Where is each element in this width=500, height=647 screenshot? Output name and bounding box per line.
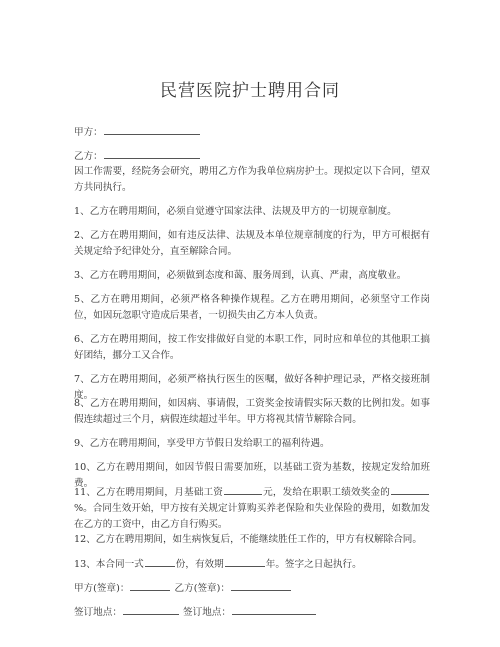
validity-years-blank[interactable] [225, 556, 265, 567]
clause-11-part3: %。合同生效开始，甲方按有关规定计算购买养老保险和失业保险的费用，如数加发在乙方… [74, 503, 430, 530]
clause-13-part1: 13、本合同一式 [74, 559, 144, 570]
document-page: 民营医院护士聘用合同 甲方： 乙方： 因工作需要，经院务会研究，聘用乙方作为我单… [0, 0, 500, 647]
signing-place-a-label: 签订地点： [74, 607, 122, 618]
bonus-percent-blank[interactable] [391, 484, 429, 495]
clause-2: 2、乙方在聘用期间，如有违反法律、法规及本单位规章制度的行为，甲方可根据有关规定… [74, 228, 430, 260]
signature-line: 甲方(签章)： 乙方(签章)： [74, 580, 434, 597]
party-a-label: 甲方： [74, 127, 103, 138]
party-a-sign-label: 甲方(签章)： [74, 583, 129, 594]
signing-place-line: 签订地点： 签订地点： [74, 604, 434, 621]
party-b-line: 乙方： [74, 148, 434, 165]
clause-11-part1: 11、乙方在聘用期间，月基础工资 [74, 487, 223, 498]
base-salary-blank[interactable] [224, 484, 262, 495]
party-a-sign-blank[interactable] [130, 580, 170, 591]
signing-place-a-blank[interactable] [123, 604, 179, 615]
signing-place-b-blank[interactable] [232, 604, 316, 615]
intro-paragraph: 因工作需要，经院务会研究，聘用乙方作为我单位病房护士。现拟定以下合同，望双方共同… [74, 164, 430, 196]
document-title: 民营医院护士聘用合同 [0, 76, 500, 101]
clause-9: 9、乙方在聘用期间，享受甲方节假日发给职工的福利待遇。 [74, 436, 430, 452]
clause-11: 11、乙方在聘用期间，月基础工资元，发给在职职工绩效奖金的%。合同生效开始，甲方… [74, 484, 430, 533]
clause-1: 1、乙方在聘用期间，必须自觉遵守国家法律、法规及甲方的一切规章制度。 [74, 204, 430, 220]
signing-place-b-label: 签订地点： [183, 607, 231, 618]
clause-8: 8、乙方在聘用期间，如因病、事请假，工资奖金按请假实际天数的比例扣发。如事假连续… [74, 396, 430, 428]
party-a-blank[interactable] [104, 124, 200, 135]
copies-blank[interactable] [145, 556, 175, 567]
clause-13-part3: 年。签字之日起执行。 [266, 559, 362, 570]
clause-5: 5、乙方在聘用期间，必须严格各种操作规程。乙方在聘用期间，必须坚守工作岗位，如因… [74, 292, 430, 324]
party-b-label: 乙方： [74, 151, 103, 162]
clause-11-part2: 元，发给在职职工绩效奖金的 [263, 487, 390, 498]
clause-13: 13、本合同一式份，有效期年。签字之日起执行。 [74, 556, 434, 573]
party-b-sign-blank[interactable] [231, 580, 291, 591]
party-b-sign-label: 乙方(签章)： [175, 583, 230, 594]
clause-12: 12、乙方在聘用期间，如生病恢复后，不能继续胜任工作的，甲方有权解除合同。 [74, 532, 430, 548]
clause-6: 6、乙方在聘用期间，按工作安排做好自觉的本职工作，同时应和单位的其他职工搞好团结… [74, 332, 430, 364]
clause-3: 3、乙方在聘用期间，必须做到态度和蔼、服务周到，认真、严肃，高度敬业。 [74, 268, 430, 284]
party-b-blank[interactable] [104, 148, 200, 159]
clause-13-part2: 份，有效期 [176, 559, 224, 570]
party-a-line: 甲方： [74, 124, 434, 141]
